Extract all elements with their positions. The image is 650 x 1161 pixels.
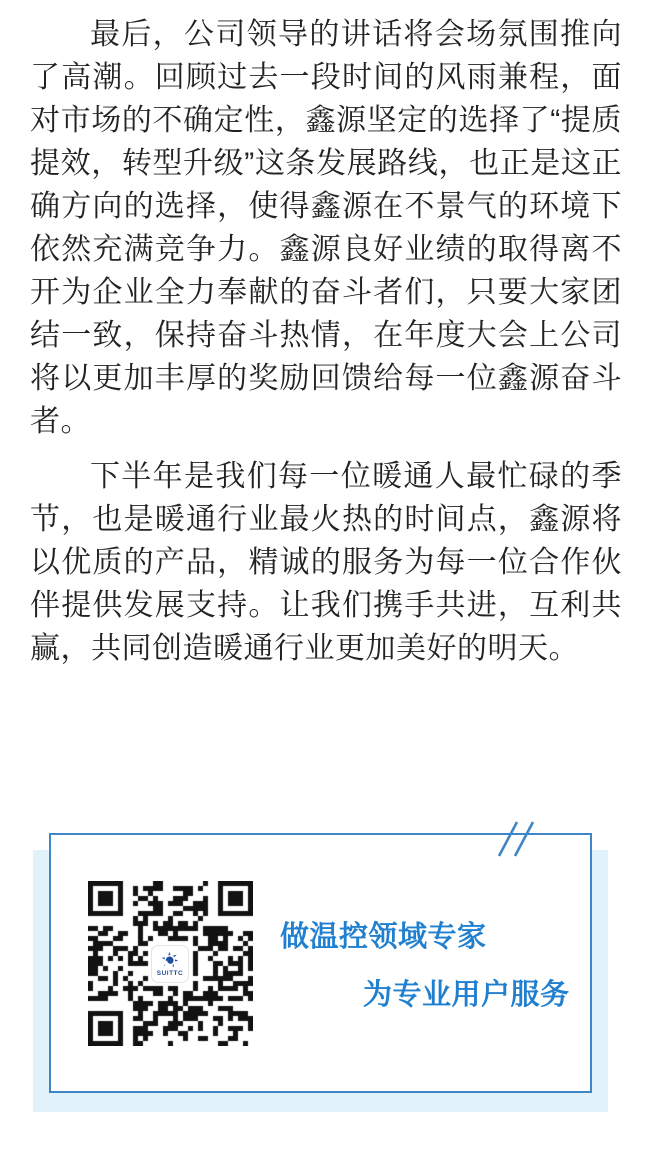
- suittc-logo-text: SUITTC: [157, 970, 183, 977]
- article-body: 最后，公司领导的讲话将会场氛围推向了高潮。回顾过去一段时间的风雨兼程，面对市场的…: [30, 13, 622, 670]
- suittc-logo: SUITTC: [151, 945, 189, 983]
- double-slash-icon: [489, 818, 545, 860]
- paragraph-1: 最后，公司领导的讲话将会场氛围推向了高潮。回顾过去一段时间的风雨兼程，面对市场的…: [30, 13, 622, 443]
- qr-code: SUITTC: [88, 881, 253, 1051]
- slogan-line-2: 为专业用户服务: [363, 979, 570, 1011]
- promo-card: SUITTC 做温控领域专家 为专业用户服务: [49, 833, 592, 1093]
- slogan-line-1: 做温控领域专家: [280, 921, 487, 953]
- suittc-logo-icon: [161, 951, 179, 969]
- paragraph-2: 下半年是我们每一位暖通人最忙碌的季节，也是暖通行业最火热的时间点，鑫源将以优质的…: [30, 455, 622, 670]
